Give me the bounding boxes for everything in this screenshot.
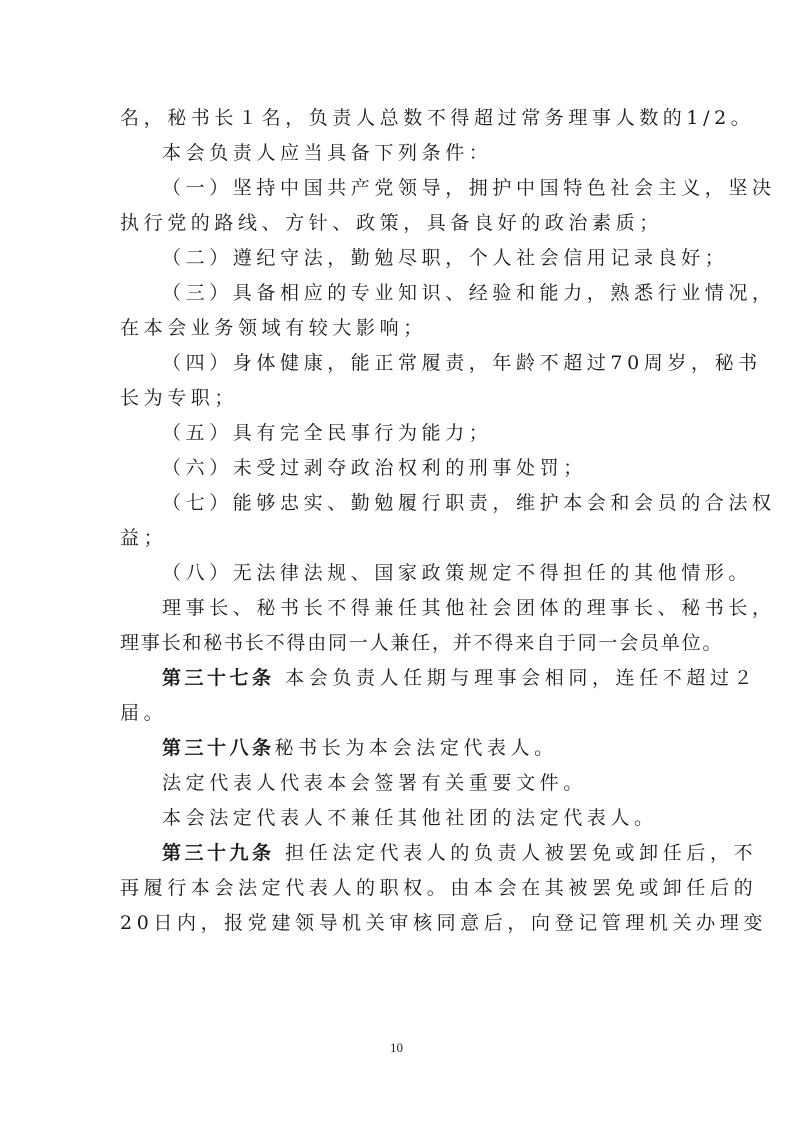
text-line: 届。 [120, 701, 167, 725]
text-line: 理事长和秘书长不得由同一人兼任，并不得来自于同一会员单位。 [120, 631, 723, 655]
text-line: 本会法定代表人不兼任其他社团的法定代表人。 [162, 806, 658, 830]
article-39: 第三十九条 担任法定代表人的负责人被罢免或卸任后，不 [162, 841, 757, 865]
text-line: 法定代表人代表本会签署有关重要文件。 [162, 771, 587, 795]
text-line: （一）坚持中国共产党领导，拥护中国特色社会主义，坚决 [162, 176, 776, 200]
text-line: （二）遵纪守法，勤勉尽职，个人社会信用记录良好； [162, 246, 728, 270]
text-line: 再履行本会法定代表人的职权。由本会在其被罢免或卸任后的 [120, 876, 757, 900]
text-line: 本会负责人应当具备下列条件： [162, 141, 492, 165]
text-line: 长为专职； [120, 386, 238, 410]
text-line: （六）未受过剥夺政治权利的刑事处罚； [162, 456, 587, 480]
text-line: 在本会业务领域有较大影响； [120, 316, 427, 340]
text-line: 名，秘书长１名，负责人总数不得超过常务理事人数的1/2。 [120, 106, 754, 130]
text-line: （七）能够忠实、勤勉履行职责，维护本会和会员的合法权 [162, 491, 776, 515]
text-line: 执行党的路线、方针、政策，具备良好的政治素质； [120, 211, 663, 235]
text-line: 理事长、秘书长不得兼任其他社会团体的理事长、秘书长， [162, 596, 776, 620]
text-line: 益； [120, 526, 167, 550]
text-line: （五）具有完全民事行为能力； [162, 421, 492, 445]
article-38: 第三十八条秘书长为本会法定代表人。 [162, 736, 558, 760]
article-heading: 第三十七条 [162, 667, 275, 689]
article-heading: 第三十九条 [162, 842, 275, 864]
article-37: 第三十七条 本会负责人任期与理事会相同，连任不超过２ [162, 666, 757, 690]
article-heading: 第三十八条 [162, 737, 275, 759]
text-line: （四）身体健康，能正常履责，年龄不超过70周岁，秘书 [162, 351, 762, 375]
text-line: （八）无法律法规、国家政策规定不得担任的其他情形。 [162, 561, 752, 585]
text-line: 20日内，报党建领导机关审核同意后，向登记管理机关办理变 [120, 911, 767, 935]
text-line: （三）具备相应的专业知识、经验和能力，熟悉行业情况， [162, 281, 776, 305]
page-number: 10 [0, 1040, 793, 1056]
